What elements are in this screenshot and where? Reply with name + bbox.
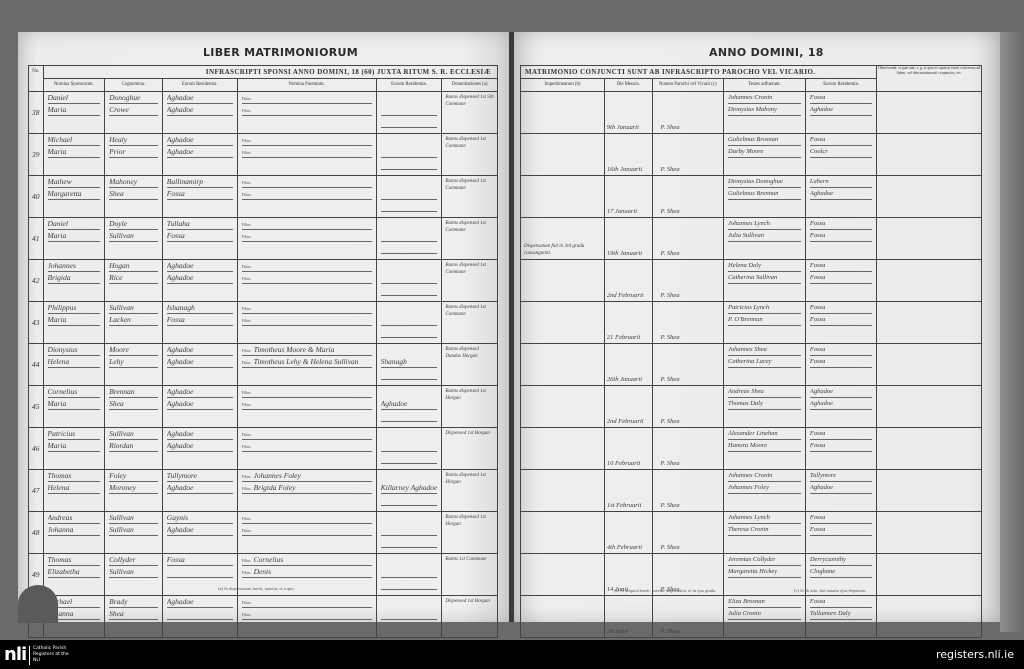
officiating-priest: P. Shea <box>652 302 723 344</box>
groom-first-name: Thomas <box>48 554 101 566</box>
bride-surname: Lehy <box>109 356 158 368</box>
groom-surname: Donoghue <box>109 92 158 104</box>
entry-number: 41 <box>29 218 44 260</box>
filius-label: Filius <box>242 387 254 398</box>
officiating-priest: P. Shea <box>652 512 723 554</box>
groom-surname: Sullivan <box>109 512 158 524</box>
groom-first-name: Andreas <box>48 512 101 524</box>
witness-2: Margaretta Hickey <box>728 566 801 578</box>
officiating-priest: P. Shea <box>652 92 723 134</box>
impediment-note <box>521 176 605 218</box>
groom-residence: Gaynis <box>167 512 233 524</box>
filius-label: Filius <box>242 567 254 578</box>
bride-surname: Sullivan <box>109 524 158 536</box>
entry-number: 47 <box>29 470 44 512</box>
bride-surname: Shea <box>109 398 158 410</box>
witness-2-residence: Fossa <box>810 230 872 242</box>
witness-2-residence: Coolcr <box>810 146 872 158</box>
bride-residence: Aghadoe <box>167 104 233 116</box>
page-title: LIBER MATRIMONIORUM <box>203 46 358 59</box>
col-witness-residence: Eorum Residentia. <box>805 79 876 92</box>
marriage-record: 20 JuniiP. SheaEliza BrosnanJulia Cronin… <box>521 596 982 638</box>
banns-note: Banns dispensed 1st Commune <box>442 176 498 218</box>
bride-residence: Fossa <box>167 314 233 326</box>
col-parents-residence: Eorum Residentia. <box>376 79 442 92</box>
site-link[interactable]: registers.nli.ie <box>936 648 1014 661</box>
bride-residence: Aghadoe <box>167 440 233 452</box>
impediment-note <box>521 302 605 344</box>
parents-residence: Killarney Aghadoe <box>381 482 438 494</box>
groom-residence: Aghadoe <box>167 92 233 104</box>
blank-line <box>381 158 438 170</box>
parents-residence <box>381 104 438 116</box>
banns-note: Dispensed 1st Horgan <box>442 428 498 470</box>
bride-residence: Aghadoe <box>167 482 233 494</box>
col-residence: Eorum Residentia. <box>162 79 237 92</box>
register-banner-right: MATRIMONIO CONJUNCTI SUNT AB INFRASCRIPT… <box>521 66 877 79</box>
blank-line <box>381 494 438 506</box>
bride-surname: Crowe <box>109 104 158 116</box>
filius-label: Filius <box>242 189 254 200</box>
marriage-record: 14 JuniiP. SheaJeremias CollyderMargaret… <box>521 554 982 596</box>
register-entry: 47ThomasHelenaFoleyMoroneyTullymoreAghad… <box>29 470 498 512</box>
col-impediment: Impedimentum (b) <box>521 79 605 92</box>
banns-note: Banns dispensed 1st 5th Commune <box>442 92 498 134</box>
officiating-priest: P. Shea <box>652 260 723 302</box>
marriage-date: 1st Februarii <box>604 470 652 512</box>
groom-first-name: Johannes <box>48 260 101 272</box>
groom-first-name: Thomas <box>48 470 101 482</box>
footnote-b: (b) Si aliquod fuerit, notetur dispensat… <box>614 588 716 593</box>
filius-label: Filius <box>242 315 254 326</box>
witness-1-residence: Aghadoe <box>810 386 872 398</box>
groom-surname: Mahoney <box>109 176 158 188</box>
observations-cell <box>877 92 982 134</box>
blank-line <box>381 242 438 254</box>
parents-residence <box>381 440 438 452</box>
filius-label: Filius <box>242 441 254 452</box>
banns-note: Dispensed 1st Horgan <box>442 596 498 638</box>
bride-surname: Moroney <box>109 482 158 494</box>
page-edge-shadow <box>1000 32 1024 632</box>
witness-2: Catherina Lacey <box>728 356 801 368</box>
groom-parents: Timotheus Moore & Maria <box>254 345 335 354</box>
witness-2-residence: Aghadoe <box>810 398 872 410</box>
witness-2-residence: Fossa <box>810 524 872 536</box>
groom-surname: Sullivan <box>109 428 158 440</box>
bride-surname: Shea <box>109 188 158 200</box>
entry-number: 44 <box>29 344 44 386</box>
witness-1: Johannes Cronin <box>728 470 801 482</box>
observations-cell <box>877 218 982 260</box>
blank-line <box>381 368 438 380</box>
observations-cell <box>877 596 982 638</box>
impediment-note <box>521 512 605 554</box>
filius-label: Filius <box>242 135 254 146</box>
banns-note: Banns dispensed 1st Commune <box>442 260 498 302</box>
register-entry: 45CorneliusMariaBrennanSheaAghadoeAghado… <box>29 386 498 428</box>
marriage-record: 21 FebruariiP. SheaPatricius LynchP. O'B… <box>521 302 982 344</box>
groom-first-name: Mathew <box>48 176 101 188</box>
witness-2-residence: Fossa <box>810 272 872 284</box>
witness-2: Hanora Moore <box>728 440 801 452</box>
groom-first-name: Daniel <box>48 218 101 230</box>
parents-residence: Aghadoe <box>381 398 438 410</box>
groom-first-name: Daniel <box>48 92 101 104</box>
witness-2: Johannes Foley <box>728 482 801 494</box>
page-title-year: ANNO DOMINI, 18 <box>709 46 824 59</box>
witness-1-residence: Fossa <box>810 92 872 104</box>
impediment-note <box>521 344 605 386</box>
witness-2-residence: Tullamore Daly <box>810 608 872 620</box>
marriage-date: 26th Januarii <box>604 344 652 386</box>
footnote-a: (a) Si dispensatum fuerit, notetur, et a… <box>218 586 295 591</box>
register-entry: 44DionysiusHelenaMooreLehyAghadoeAghadoe… <box>29 344 498 386</box>
entry-number: 39 <box>29 134 44 176</box>
impediment-note <box>521 386 605 428</box>
officiating-priest: P. Shea <box>652 176 723 218</box>
witness-1: Helena Daly <box>728 260 801 272</box>
parents-residence <box>381 272 438 284</box>
witness-2-residence: Cloghane <box>810 566 872 578</box>
groom-first-name: Cornelius <box>48 386 101 398</box>
groom-surname: Hogan <box>109 260 158 272</box>
groom-residence: Ballinamirp <box>167 176 233 188</box>
bride-residence <box>167 608 233 620</box>
blank-line <box>381 452 438 464</box>
register-entry: 43PhilippusMariaSullivanLackenIshanaghFo… <box>29 302 498 344</box>
banns-note: Banns dispensed Dundas Horgan <box>442 344 498 386</box>
groom-residence: Aghadoe <box>167 596 233 608</box>
officiating-priest: P. Shea <box>652 134 723 176</box>
witness-2: Gulielmus Brennan <box>728 188 801 200</box>
banns-note: Banns 1st Commune <box>442 554 498 596</box>
filius-label: Filius <box>242 303 254 314</box>
filius-label: Filius <box>242 357 254 368</box>
ink-blot <box>18 585 58 623</box>
banns-note: Banns dispensed 1st Horgan <box>442 512 498 554</box>
impediment-note <box>521 554 605 596</box>
observations-cell <box>877 260 982 302</box>
blank-line <box>381 116 438 128</box>
filius-label: Filius <box>242 231 254 242</box>
marriage-date: 10 Februarii <box>604 428 652 470</box>
register-entry: 41DanielMariaDoyleSullivanTullahaFossaFi… <box>29 218 498 260</box>
bride-surname: Prior <box>109 146 158 158</box>
bride-residence: Aghadoe <box>167 146 233 158</box>
marriage-record: 16th JanuariiP. SheaGulielmus BrosnanDar… <box>521 134 982 176</box>
filius-label: Filius <box>242 399 254 410</box>
bride-surname: Lacken <box>109 314 158 326</box>
bride-residence: Aghadoe <box>167 356 233 368</box>
footnote-c: (c) Si ab alio, fiat notatio ejus deputa… <box>794 588 866 593</box>
marriage-record: 17 JanuariiP. SheaDionysius DonoghueGuli… <box>521 176 982 218</box>
register-entry: 48AndreasJohannaSullivanSullivanGaynisAg… <box>29 512 498 554</box>
blank-line <box>381 284 438 296</box>
bride-first-name: Maria <box>48 146 101 158</box>
witness-2-residence: Aghadoe <box>810 482 872 494</box>
bride-first-name: Maria <box>48 230 101 242</box>
nli-logo[interactable]: nli <box>4 646 26 664</box>
logo-divider <box>29 646 30 665</box>
witness-1: Johannes Cronin <box>728 92 801 104</box>
witness-1: Andreas Shea <box>728 386 801 398</box>
officiating-priest: P. Shea <box>652 596 723 638</box>
bride-surname: Sullivan <box>109 230 158 242</box>
bride-parents: Denis <box>254 567 272 576</box>
observations-cell <box>877 386 982 428</box>
witness-2: Darby Moore <box>728 146 801 158</box>
marriage-date: 9th Januarii <box>604 92 652 134</box>
observations-cell <box>877 428 982 470</box>
entry-number: 43 <box>29 302 44 344</box>
filius-label: Filius <box>242 345 254 356</box>
bride-residence: Aghadoe <box>167 398 233 410</box>
parents-residence <box>381 566 438 578</box>
bride-surname: Shea <box>109 608 158 620</box>
marriage-date: 2nd Februarii <box>604 386 652 428</box>
impediment-note: Dispensatum fuit in 3rd gradu consanguin… <box>521 218 605 260</box>
bride-first-name: Maria <box>48 440 101 452</box>
witness-2: Catherina Sullivan <box>728 272 801 284</box>
bride-first-name: Brigida <box>48 272 101 284</box>
witness-1-residence: Fossa <box>810 302 872 314</box>
observations-cell <box>877 554 982 596</box>
groom-parents: Cornelius <box>254 555 284 564</box>
col-parents: Nomina Parentum. <box>237 79 376 92</box>
banns-note: Banns dispensed 1st Commune <box>442 134 498 176</box>
register-entry: 40MathewMargarettaMahoneySheaBallinamirp… <box>29 176 498 218</box>
entry-number: 42 <box>29 260 44 302</box>
groom-residence: Aghadoe <box>167 344 233 356</box>
marriage-date: 20 Junii <box>604 596 652 638</box>
impediment-note <box>521 428 605 470</box>
bride-first-name: Helena <box>48 356 101 368</box>
witness-2: Julia Sullivan <box>728 230 801 242</box>
groom-surname: Sullivan <box>109 302 158 314</box>
witness-1-residence: Derrycunnihy <box>810 554 872 566</box>
officiating-priest: P. Shea <box>652 428 723 470</box>
marriage-record: 2nd FebruariiP. SheaHelena DalyCatherina… <box>521 260 982 302</box>
witness-1: Jeremias Collyder <box>728 554 801 566</box>
groom-first-name: Michael <box>48 134 101 146</box>
witness-2-residence: Aghadoe <box>810 188 872 200</box>
parents-residence <box>381 524 438 536</box>
col-priest: Nomen Parochi vel Vicarii (c) <box>652 79 723 92</box>
filius-label: Filius <box>242 525 254 536</box>
marriage-record: 4th FebruariiP. SheaJohannes LynchTheres… <box>521 512 982 554</box>
groom-parents: Johannes Foley <box>254 471 301 480</box>
bride-residence: Aghadoe <box>167 272 233 284</box>
entry-number: 45 <box>29 386 44 428</box>
entry-number: 48 <box>29 512 44 554</box>
witness-1: Alexander Linehan <box>728 428 801 440</box>
col-witnesses: Testes adfuerunt. <box>724 79 806 92</box>
observations-cell <box>877 302 982 344</box>
bride-residence: Aghadoe <box>167 524 233 536</box>
groom-residence: Aghadoe <box>167 386 233 398</box>
filius-label: Filius <box>242 93 254 104</box>
register-entry: 42JohannesBrigidaHoganRiceAghadoeAghadoe… <box>29 260 498 302</box>
bride-first-name: Maria <box>48 314 101 326</box>
parents-residence <box>381 230 438 242</box>
witness-2-residence: Fossa <box>810 440 872 452</box>
bride-residence: Fossa <box>167 230 233 242</box>
bride-first-name: Johanna <box>48 524 101 536</box>
impediment-note <box>521 92 605 134</box>
marriage-date: 2nd Februarii <box>604 260 652 302</box>
banns-note: Banns dispensed 1st Commune <box>442 302 498 344</box>
groom-surname: Brady <box>109 596 158 608</box>
witness-1-residence: Fossa <box>810 596 872 608</box>
groom-residence: Tullaha <box>167 218 233 230</box>
witness-2-residence: Fossa <box>810 314 872 326</box>
witness-1: Johannes Lynch <box>728 512 801 524</box>
footer-bar: nli Catholic Parish Registers at the NLI… <box>0 640 1024 669</box>
witness-1-residence: Tullymore <box>810 470 872 482</box>
col-observations: Observanda, si quæ sint; v. g. si quis e… <box>877 66 982 92</box>
blank-line <box>381 326 438 338</box>
bride-first-name: Elizabetha <box>48 566 101 578</box>
groom-surname: Brennan <box>109 386 158 398</box>
filius-label: Filius <box>242 105 254 116</box>
groom-surname: Collyder <box>109 554 158 566</box>
filius-label: Filius <box>242 555 254 566</box>
blank-line <box>381 536 438 548</box>
logo-caption: Catholic Parish Registers at the NLI <box>33 646 73 664</box>
marriage-record: 9th JanuariiP. SheaJohannes CroninDionys… <box>521 92 982 134</box>
bride-parents: Brigida Foley <box>254 483 296 492</box>
filius-label: Filius <box>242 429 254 440</box>
filius-label: Filius <box>242 177 254 188</box>
filius-label: Filius <box>242 147 254 158</box>
marriage-date: 19th Januarii <box>604 218 652 260</box>
marriage-record: 26th JanuariiP. SheaJohannes SheaCatheri… <box>521 344 982 386</box>
groom-residence: Aghadoe <box>167 260 233 272</box>
col-spouse-names: Nomina Sponsorum. <box>43 79 105 92</box>
witness-1: Patricius Lynch <box>728 302 801 314</box>
banns-note: Banns dispensed 1st Horgan <box>442 470 498 512</box>
witness-1: Johannes Lynch <box>728 218 801 230</box>
marriage-date: 21 Februarii <box>604 302 652 344</box>
groom-surname: Foley <box>109 470 158 482</box>
marriage-record: 2nd FebruariiP. SheaAndreas SheaThomas D… <box>521 386 982 428</box>
impediment-note <box>521 134 605 176</box>
blank-line <box>381 578 438 590</box>
witness-2-residence: Aghadoe <box>810 104 872 116</box>
groom-first-name: Dionysius <box>48 344 101 356</box>
marriage-record: 10 FebruariiP. SheaAlexander LinehanHano… <box>521 428 982 470</box>
witness-1-residence: Fossa <box>810 134 872 146</box>
bride-first-name: Margaretta <box>48 188 101 200</box>
register-entry: 46PatriciusMariaSullivanRiordanAghadoeAg… <box>29 428 498 470</box>
witness-1-residence: Fossa <box>810 428 872 440</box>
bride-surname: Riordan <box>109 440 158 452</box>
witness-1-residence: Fossa <box>810 344 872 356</box>
parents-residence <box>381 146 438 158</box>
witness-1-residence: Fossa <box>810 260 872 272</box>
marriage-date: 17 Januarii <box>604 176 652 218</box>
register-banner: INFRASCRIPTI SPONSI ANNO DOMINI, 18 (60)… <box>43 66 497 79</box>
impediment-note <box>521 470 605 512</box>
witness-1-residence: Fossa <box>810 218 872 230</box>
filius-label: Filius <box>242 609 254 620</box>
register-entry: 38DanielMariaDonoghueCroweAghadoeAghadoe… <box>29 92 498 134</box>
observations-cell <box>877 134 982 176</box>
bride-parents: Timotheus Lehy & Helena Sullivan <box>254 357 359 366</box>
filius-label: Filius <box>242 513 254 524</box>
observations-cell <box>877 344 982 386</box>
witness-1: Eliza Brosnan <box>728 596 801 608</box>
filius-label: Filius <box>242 219 254 230</box>
witness-2: Theresa Cronin <box>728 524 801 536</box>
parents-residence <box>381 314 438 326</box>
banns-note: Banns dispensed 1st Horgan <box>442 386 498 428</box>
groom-residence: Tullymore <box>167 470 233 482</box>
blank-line <box>381 620 438 632</box>
col-date: Die Mensis. <box>604 79 652 92</box>
groom-first-name: Philippus <box>48 302 101 314</box>
groom-surname: Healy <box>109 134 158 146</box>
blank-line <box>381 410 438 422</box>
groom-surname: Doyle <box>109 218 158 230</box>
groom-first-name: Patricius <box>48 428 101 440</box>
right-page: ANNO DOMINI, 18 MATRIMONIO CONJUNCTI SUN… <box>514 32 1000 622</box>
blank-line <box>381 200 438 212</box>
col-no: No. <box>29 66 44 92</box>
groom-residence: Aghadoe <box>167 134 233 146</box>
witness-2-residence: Fossa <box>810 356 872 368</box>
impediment-note <box>521 260 605 302</box>
bride-first-name: Helena <box>48 482 101 494</box>
bride-residence <box>167 566 233 578</box>
witness-2: P. O'Brennan <box>728 314 801 326</box>
bride-first-name: Maria <box>48 104 101 116</box>
officiating-priest: P. Shea <box>652 344 723 386</box>
officiating-priest: P. Shea <box>652 470 723 512</box>
filius-label: Filius <box>242 483 254 494</box>
observations-cell <box>877 512 982 554</box>
observations-cell <box>877 470 982 512</box>
witness-2: Dionysius Mahony <box>728 104 801 116</box>
entry-number: 40 <box>29 176 44 218</box>
groom-surname: Moore <box>109 344 158 356</box>
officiating-priest: P. Shea <box>652 386 723 428</box>
groom-residence: Ishanagh <box>167 302 233 314</box>
col-banns: Denuntiationes (a) <box>442 79 498 92</box>
bride-surname: Sullivan <box>109 566 158 578</box>
entry-number: 38 <box>29 92 44 134</box>
witness-1-residence: Fossa <box>810 512 872 524</box>
bride-surname: Rice <box>109 272 158 284</box>
witness-1: Gulielmus Brosnan <box>728 134 801 146</box>
parents-residence: Shanagh <box>381 356 438 368</box>
marriage-record: Dispensatum fuit in 3rd gradu consanguin… <box>521 218 982 260</box>
marriage-register-table-left: No. INFRASCRIPTI SPONSI ANNO DOMINI, 18 … <box>28 65 498 638</box>
officiating-priest: P. Shea <box>652 218 723 260</box>
filius-label: Filius <box>242 261 254 272</box>
witness-2: Julia Cronin <box>728 608 801 620</box>
witness-1: Johannes Shea <box>728 344 801 356</box>
observations-cell <box>877 176 982 218</box>
parents-residence <box>381 188 438 200</box>
marriage-register-table-right: MATRIMONIO CONJUNCTI SUNT AB INFRASCRIPT… <box>520 65 982 638</box>
groom-residence: Aghadoe <box>167 428 233 440</box>
witness-2: Thomas Daly <box>728 398 801 410</box>
witness-1-residence: Lahern <box>810 176 872 188</box>
register-entry: 50MichaelJohannaBradySheaAghadoeFiliusFi… <box>29 596 498 638</box>
filius-label: Filius <box>242 273 254 284</box>
